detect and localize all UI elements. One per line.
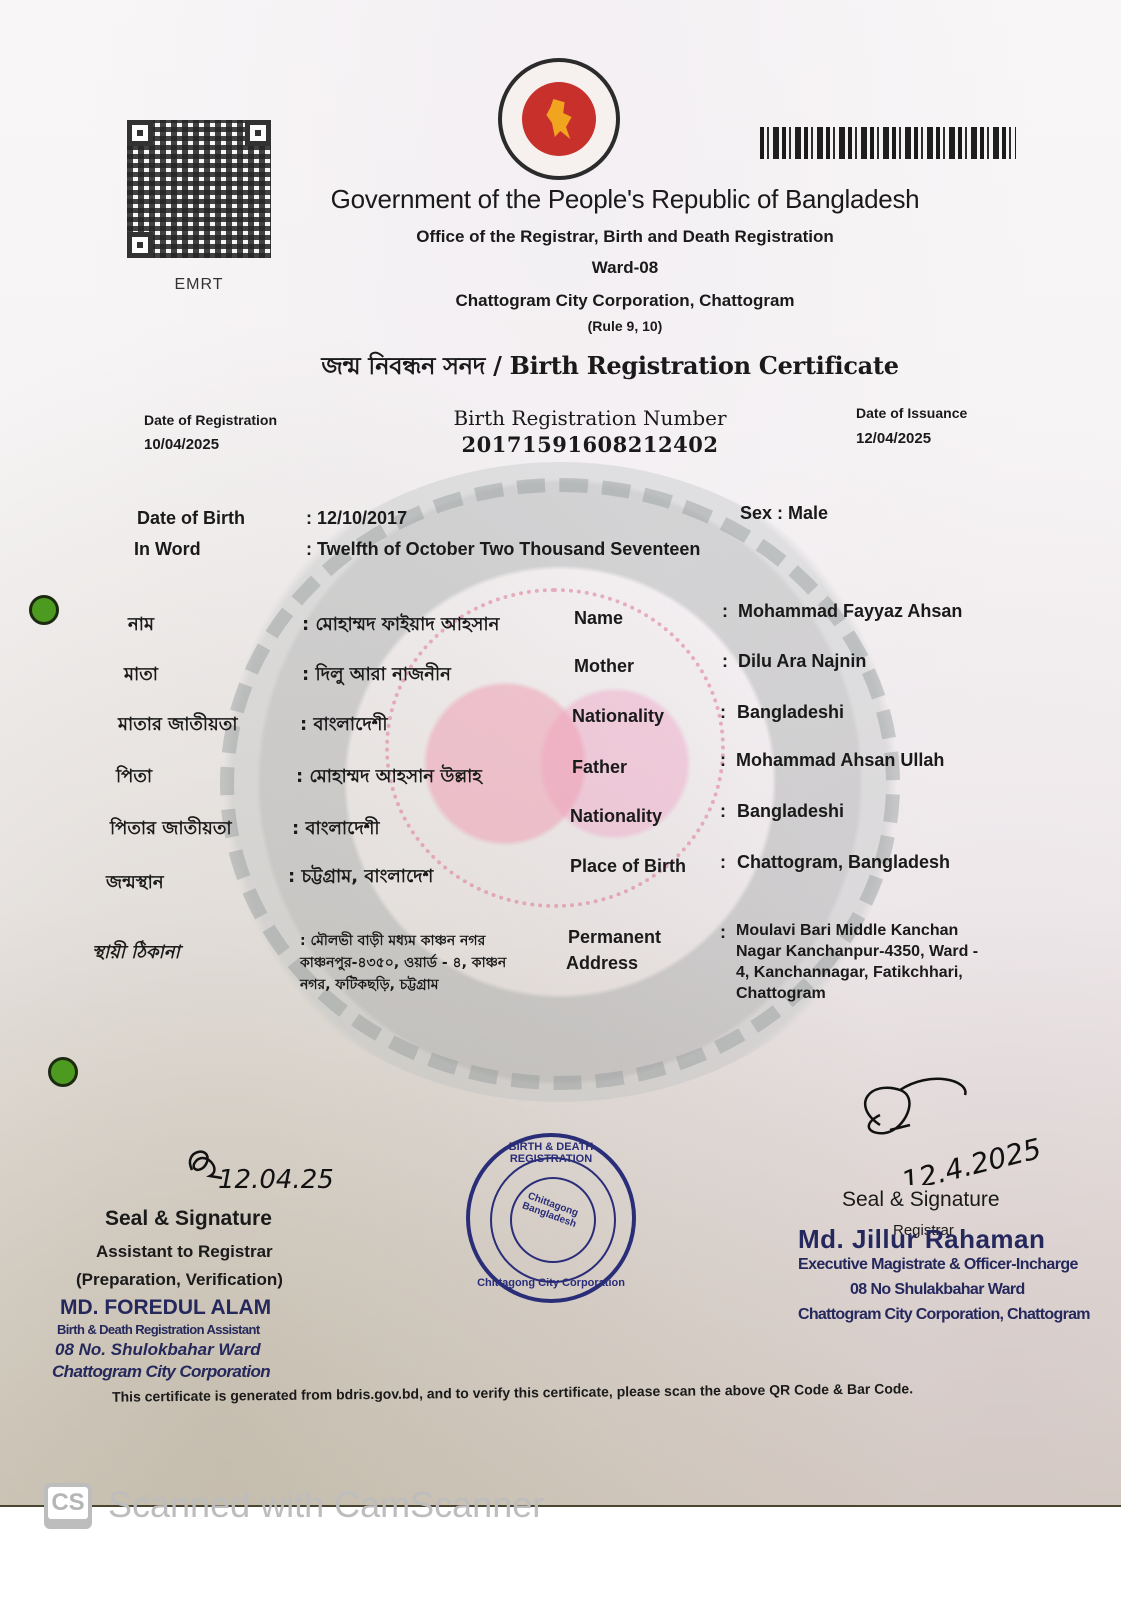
en-value-mother: Dilu Ara Najnin [738, 651, 866, 672]
qr-caption: EMRT [127, 276, 271, 294]
bn-value-address: : মৌলভী বাড়ী মধ্যম কাঞ্চন নগর কাঞ্চনপুর… [300, 930, 506, 996]
bn-value-father-nationality: : বাংলাদেশী [292, 814, 380, 845]
left-seal-signature-title: Seal & Signature [105, 1207, 272, 1231]
birth-death-registration-seal-icon: BIRTH & DEATH REGISTRATION Chittagong Ba… [466, 1133, 636, 1303]
bn-label-father: পিতা [116, 762, 152, 793]
en-colon: : [720, 702, 726, 723]
en-label-father-nationality: Nationality [570, 806, 662, 827]
date-of-issuance-value: 12/04/2025 [856, 430, 931, 447]
bn-label-mother-nationality: মাতার জাতীয়তা [118, 710, 237, 741]
bn-value-name: : মোহাম্মদ ফাইয়াদ আহসান [302, 610, 499, 641]
qr-code[interactable] [127, 120, 271, 258]
camscanner-watermark: Scanned with CamScanner [108, 1484, 544, 1526]
bn-value-mother: : দিলু আরা নাজনীন [302, 660, 451, 691]
qr-finder [127, 120, 153, 146]
certificate-title: জন্ম নিবন্ধন সনদ / Birth Registration Ce… [300, 348, 920, 388]
en-colon: : [720, 852, 726, 873]
right-stamp-line: Chattogram City Corporation, Chattogram [798, 1306, 1090, 1324]
punch-hole-icon [48, 1057, 78, 1087]
en-value-address: Moulavi Bari Middle Kanchan Nagar Kancha… [736, 920, 978, 1004]
dob-value: : 12/10/2017 [306, 508, 407, 529]
en-label-address-1: Permanent [568, 927, 661, 948]
left-stamp-line: 08 No. Shulokbahar Ward [55, 1340, 261, 1360]
address-line: কাঞ্চনপুর-৪৩৫০, ওয়ার্ড - ৪, কাঞ্চন [300, 952, 506, 974]
en-value-birthplace: Chattogram, Bangladesh [737, 852, 950, 873]
svg-text:12.04.25: 12.04.25 [218, 1165, 334, 1195]
bangladesh-map-icon [545, 99, 573, 139]
left-stamp-line: Birth & Death Registration Assistant [57, 1322, 260, 1337]
bn-label-address: স্থায়ী ঠিকানা [92, 938, 180, 969]
en-label-mother: Mother [574, 656, 634, 677]
punch-hole-icon [29, 595, 59, 625]
qr-finder [127, 232, 153, 258]
bn-label-birthplace: জন্মস্থান [106, 868, 164, 899]
en-colon: : [722, 651, 728, 672]
bn-label-name: নাম [128, 610, 154, 641]
corporation-heading: Chattogram City Corporation, Chattogram [330, 291, 920, 311]
left-stamp-name: MD. FOREDUL ALAM [60, 1296, 271, 1320]
brn-label: Birth Registration Number [420, 406, 760, 430]
en-value-father: Mohammad Ahsan Ullah [736, 750, 944, 771]
date-of-registration-value: 10/04/2025 [144, 436, 219, 453]
en-label-birthplace: Place of Birth [570, 856, 686, 877]
government-heading: Government of the People's Republic of B… [290, 184, 960, 215]
bn-label-father-nationality: পিতার জাতীয়তা [110, 814, 232, 845]
en-colon: : [720, 750, 726, 771]
dob-label: Date of Birth [137, 508, 245, 529]
address-line: নগর, ফটিকছড়ি, চট্টগ্রাম [300, 974, 506, 996]
date-of-registration-label: Date of Registration [144, 412, 277, 428]
date-of-issuance-label: Date of Issuance [856, 405, 967, 421]
en-value-father-nationality: Bangladeshi [737, 801, 844, 822]
svg-text:12.4.2025: 12.4.2025 [898, 1132, 1044, 1185]
in-word-value: : Twelfth of October Two Thousand Sevent… [306, 539, 700, 560]
right-stamp-line: Executive Magistrate & Officer-Incharge [798, 1256, 1078, 1274]
camscanner-logo-icon: CS [44, 1483, 92, 1529]
address-line: : মৌলভী বাড়ী মধ্যম কাঞ্চন নগর [300, 930, 506, 952]
emblem-red-disc [522, 82, 596, 156]
address-line: Chattogram [736, 983, 978, 1004]
handwritten-signature-right: 12.4.2025 [850, 1075, 1070, 1185]
en-label-father: Father [572, 757, 627, 778]
barcode[interactable] [760, 127, 1016, 159]
government-emblem-icon [498, 58, 620, 180]
en-label-address-2: Address [566, 953, 638, 974]
bn-label-mother: মাতা [124, 660, 158, 691]
bn-value-father: : মোহাম্মদ আহসান উল্লাহ [296, 762, 482, 793]
en-colon: : [720, 922, 726, 943]
address-line: Nagar Kanchanpur-4350, Ward - [736, 941, 978, 962]
en-colon: : [722, 601, 728, 622]
en-value-mother-nationality: Bangladeshi [737, 702, 844, 723]
bn-value-birthplace: : চট্টগ্রাম, বাংলাদেশ [288, 862, 433, 893]
left-stamp-line: Chattogram City Corporation [52, 1362, 270, 1382]
right-stamp-name: Md. Jillur Rahaman [798, 1224, 1045, 1255]
qr-finder [245, 120, 271, 146]
bn-value-mother-nationality: : বাংলাদেশী [300, 710, 388, 741]
address-line: 4, Kanchannagar, Fatikchhari, [736, 962, 978, 983]
right-stamp-line: 08 No Shulakbahar Ward [850, 1281, 1025, 1299]
sex-value: Sex : Male [740, 503, 828, 524]
en-value-name: Mohammad Fayyaz Ahsan [738, 601, 962, 622]
brn-value: 20171591608212402 [420, 432, 760, 457]
handwritten-signature-left: 12.04.25 [182, 1140, 342, 1200]
in-word-label: In Word [134, 539, 201, 560]
left-role-detail: (Preparation, Verification) [76, 1270, 283, 1290]
right-seal-signature-title: Seal & Signature [842, 1188, 1000, 1212]
left-role: Assistant to Registrar [96, 1242, 273, 1262]
rule-reference: (Rule 9, 10) [330, 318, 920, 334]
office-heading: Office of the Registrar, Birth and Death… [330, 227, 920, 247]
seal-bottom-text: Chittagong City Corporation [470, 1277, 632, 1289]
ward-heading: Ward-08 [330, 258, 920, 278]
en-colon: : [720, 801, 726, 822]
en-label-name: Name [574, 608, 623, 629]
en-label-mother-nationality: Nationality [572, 706, 664, 727]
address-line: Moulavi Bari Middle Kanchan [736, 920, 978, 941]
camscanner-logo-text: CS [51, 1489, 84, 1517]
